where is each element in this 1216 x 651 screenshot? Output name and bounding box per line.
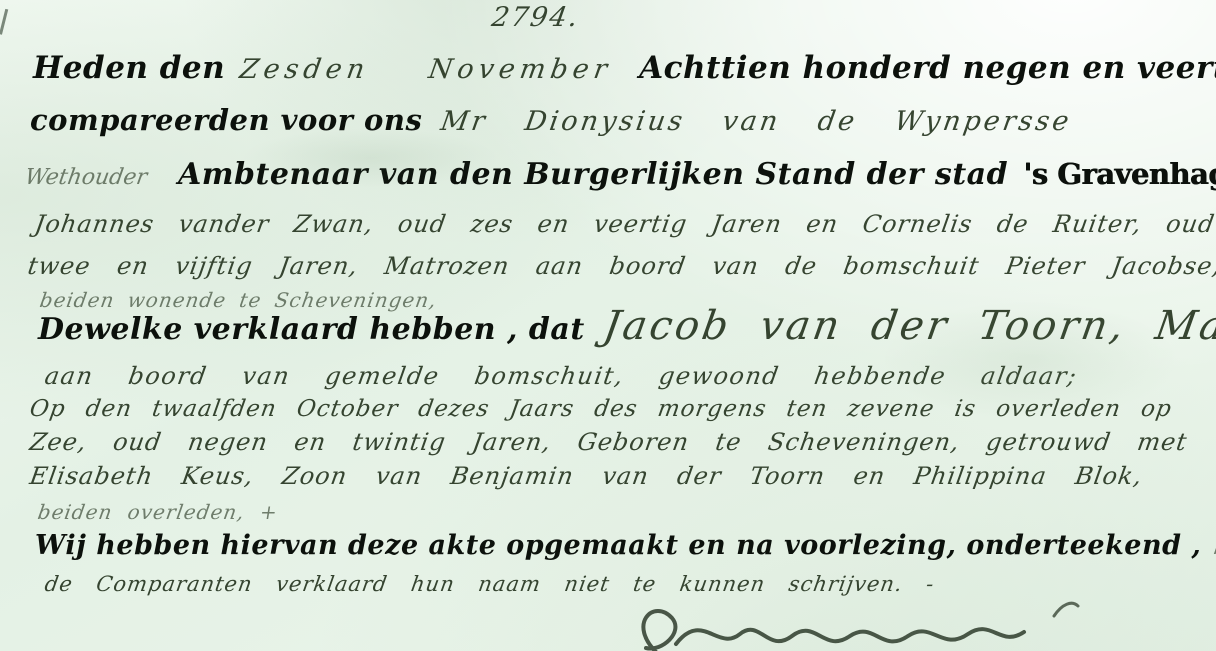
scanned-death-record-page: 2794. Heden den Zesden November Achttien… [0,0,1216,651]
printed-year: Achttien honderd negen en veertig , [639,50,1216,86]
declaration-line-2: aan boord van gemelde bomschuit, gewoond… [43,362,1080,390]
margin-mark [0,9,18,37]
printed-ambtenaar: Ambtenaar van den Burgerlijken Stand der… [178,157,1008,192]
hand-official-name: Mr Dionysius van de Wynpersse [439,106,1074,137]
printed-dewelke: Dewelke verklaard hebben , dat [38,312,585,347]
printed-heden-den: Heden den [33,50,225,86]
opening-line-official: compareerden voor ons Mr Dionysius van d… [30,103,1072,137]
witnesses-line-2: twee en vijftig Jaren, Matrozen aan boor… [26,252,1216,280]
signature [606,596,1126,651]
printed-wij-hebben: Wij hebben hiervan deze akte opgemaakt e… [35,530,1201,561]
declaration-line-6: beiden overleden, + [36,500,280,524]
hand-date: Zesden November [238,54,615,85]
act-number: 2794. [490,2,582,33]
declaration-line-5: Elisabeth Keus, Zoon van Benjamin van de… [28,462,1145,490]
hand-hebbende: hebbende [1212,535,1216,559]
opening-line-date: Heden den Zesden November Achttien honde… [33,50,1216,86]
opening-line-city: Wethouder Ambtenaar van den Burgerlijken… [25,157,1216,192]
hand-deceased-name: Jacob van der Toorn, Matroos [600,303,1216,349]
closing-line-1: Wij hebben hiervan deze akte opgemaakt e… [35,530,1216,561]
closing-line-2: de Comparanten verklaard hun naam niet t… [43,572,936,596]
printed-compareerden: compareerden voor ons [30,103,422,137]
blackletter-city: 's Gravenhage: [1023,157,1216,191]
declaration-line-3: Op den twaalfden October dezes Jaars des… [28,396,1174,422]
declaration-line-1: Dewelke verklaard hebben , dat Jacob van… [38,303,1216,349]
declaration-line-4: Zee, oud negen en twintig Jaren, Geboren… [28,428,1190,456]
hand-function: Wethouder [23,165,149,190]
witnesses-line-1: Johannes vander Zwan, oud zes en veertig… [33,210,1216,238]
